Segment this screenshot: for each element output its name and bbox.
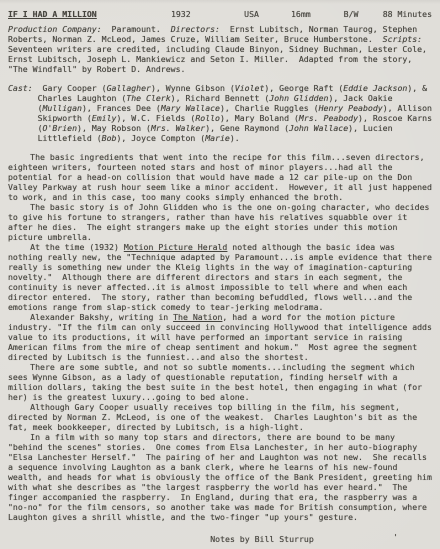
cast-role: John Glidden (269, 93, 328, 103)
paragraph: In a film with so many top stars and dir… (8, 432, 432, 522)
cast-role: Gallagher (107, 83, 151, 93)
film-title: IF I HAD A MILLION (8, 9, 171, 19)
paragraph-text: The basic story is of John Glidden who i… (8, 202, 434, 242)
document-page: IF I HAD A MILLION 1932 USA 16mm B/W 88 … (0, 0, 440, 549)
paragraph: Alexander Bakshy, writing in The Nation,… (8, 312, 432, 362)
film-format: B/W (344, 9, 383, 19)
paragraph: The basic story is of John Glidden who i… (8, 202, 432, 242)
paragraph: There are some subtle, and not so subtle… (8, 362, 432, 402)
cast-role: Mrs. Walker (151, 123, 205, 133)
credit-label: Scripts: (383, 34, 422, 44)
cast-block: Cast: Gary Cooper (Gallagher), Wynne Gib… (8, 83, 432, 143)
credits-block: Production Company: Paramount. Directors… (8, 24, 432, 74)
paragraph-text: The basic ingredients that went into the… (8, 152, 437, 202)
film-duration: 88 Minutes (383, 9, 432, 19)
paragraph-text: In a film with so many top stars and dir… (8, 432, 437, 522)
cast-role: John Wallace (289, 123, 348, 133)
cast-role: Violet (235, 83, 265, 93)
cast-role: Marie (205, 133, 230, 143)
paragraph-text: Alexander Bakshy, writing in (30, 312, 173, 322)
cast-role: Mrs. Peabody (299, 113, 358, 123)
byline: Notes by Bill Sturrup (210, 534, 314, 544)
paragraph-text: At the time (1932) (30, 242, 124, 252)
cast-role: O'Brien (43, 123, 78, 133)
cast-role: Rollo (195, 113, 220, 123)
underlined-publication-name: Motion Picture Herald (124, 242, 228, 252)
cast-role: The Clerk (126, 93, 170, 103)
cast-role: Henry Peabody (319, 103, 383, 113)
cast-label: Cast: (8, 83, 33, 93)
paragraph: The basic ingredients that went into the… (8, 152, 432, 202)
cast-role: Bob (102, 133, 117, 143)
film-gauge: 16mm (291, 9, 344, 19)
stray-mark: ' (393, 532, 398, 542)
cast-role: Mary Wallace (161, 103, 220, 113)
footer: Notes by Bill Sturrup ' (8, 534, 432, 544)
film-country: USA (244, 9, 291, 19)
film-header: IF I HAD A MILLION 1932 USA 16mm B/W 88 … (8, 9, 432, 19)
credit-label: Production Company: (8, 24, 102, 34)
underlined-publication-name: The Nation (173, 312, 222, 322)
paragraph-text: noted although the basic idea was nothin… (8, 242, 437, 312)
paragraph: Although Gary Cooper usually receives to… (8, 402, 432, 432)
cast-role: Eddie Jackson (343, 83, 407, 93)
credit-label: Directors: (171, 24, 220, 34)
paragraph: At the time (1932) Motion Picture Herald… (8, 242, 432, 312)
cast-role: Mulligan (43, 103, 82, 113)
paragraph-text: There are some subtle, and not so subtle… (8, 362, 427, 402)
film-year: 1932 (171, 9, 244, 19)
body-paragraphs: The basic ingredients that went into the… (8, 152, 432, 522)
paragraph-text: Although Gary Cooper usually receives to… (8, 402, 422, 432)
cast-role: Emily (92, 113, 117, 123)
